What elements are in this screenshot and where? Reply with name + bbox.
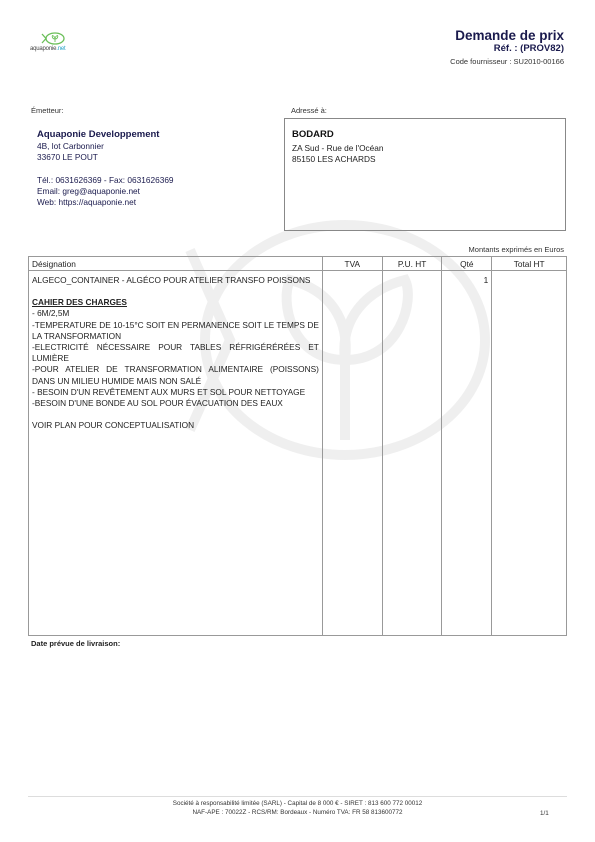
spec-line: -BESOIN D'UNE BONDE AU SOL POUR ÉVACUATI… — [32, 398, 319, 409]
column-header-tva: TVA — [322, 257, 382, 271]
sender-email[interactable]: Email: greg@aquaponie.net — [37, 186, 140, 196]
footer-legal-line2: NAF-APE : 70022Z - RCS/RM: Bordeaux - Nu… — [0, 809, 595, 816]
footer-legal-line1: Société à responsabilité limitée (SARL) … — [0, 800, 595, 807]
column-header-quantity: Qté — [442, 257, 492, 271]
spec-line: -TEMPERATURE DE 10-15°C SOIT EN PERMANEN… — [32, 320, 319, 342]
company-logo: aquaponie.net — [30, 32, 80, 57]
page-number: 1/1 — [540, 810, 549, 817]
spec-line: -POUR ATELIER DE TRANSFORMATION ALIMENTA… — [32, 364, 319, 386]
item-description: ALGECO_CONTAINER - ALGÉCO POUR ATELIER T… — [29, 271, 323, 636]
table-header-row: Désignation TVA P.U. HT Qté Total HT — [29, 257, 567, 271]
sender-name: Aquaponie Developpement — [37, 129, 159, 140]
footer-divider — [28, 796, 567, 797]
currency-note: Montants exprimés en Euros — [469, 245, 564, 254]
recipient-label: Adressé à: — [291, 106, 327, 115]
fish-sprout-icon — [41, 32, 65, 45]
column-header-designation: Désignation — [29, 257, 323, 271]
item-total — [492, 271, 567, 636]
logo-wordmark: aquaponie.net — [30, 46, 65, 52]
sender-phone: Tél.: 0631626369 - Fax: 0631626369 — [37, 175, 174, 185]
spec-line: - BESOIN D'UN REVÊTEMENT AUX MURS ET SOL… — [32, 387, 319, 398]
table-row: ALGECO_CONTAINER - ALGÉCO POUR ATELIER T… — [29, 271, 567, 636]
delivery-date-label: Date prévue de livraison: — [31, 639, 120, 648]
sender-web[interactable]: Web: https://aquaponie.net — [37, 197, 136, 207]
spec-line: -ELECTRICITÉ NÉCESSAIRE POUR TABLES RÉFR… — [32, 342, 319, 364]
item-designation: ALGECO_CONTAINER - ALGÉCO POUR ATELIER T… — [32, 275, 319, 286]
supplier-code: Code fournisseur : SU2010-00166 — [450, 57, 564, 66]
sender-address-line2: 33670 LE POUT — [37, 152, 98, 162]
sender-address-line1: 4B, lot Carbonnier — [37, 141, 104, 151]
recipient-address-line1: ZA Sud - Rue de l'Océan — [292, 143, 384, 153]
items-table: Désignation TVA P.U. HT Qté Total HT ALG… — [28, 256, 567, 636]
document-reference: Réf. : (PROV82) — [494, 43, 564, 54]
column-header-total: Total HT — [492, 257, 567, 271]
item-note: VOIR PLAN POUR CONCEPTUALISATION — [32, 420, 319, 431]
recipient-name: BODARD — [292, 129, 334, 140]
specs-heading: CAHIER DES CHARGES — [32, 297, 319, 308]
item-unit-price — [382, 271, 442, 636]
item-tva — [322, 271, 382, 636]
column-header-unit-price: P.U. HT — [382, 257, 442, 271]
sender-label: Émetteur: — [31, 106, 64, 115]
spec-line: - 6M/2,5M — [32, 308, 319, 319]
item-quantity: 1 — [442, 271, 492, 636]
document-title: Demande de prix — [455, 28, 564, 43]
recipient-address-line2: 85150 LES ACHARDS — [292, 154, 375, 164]
